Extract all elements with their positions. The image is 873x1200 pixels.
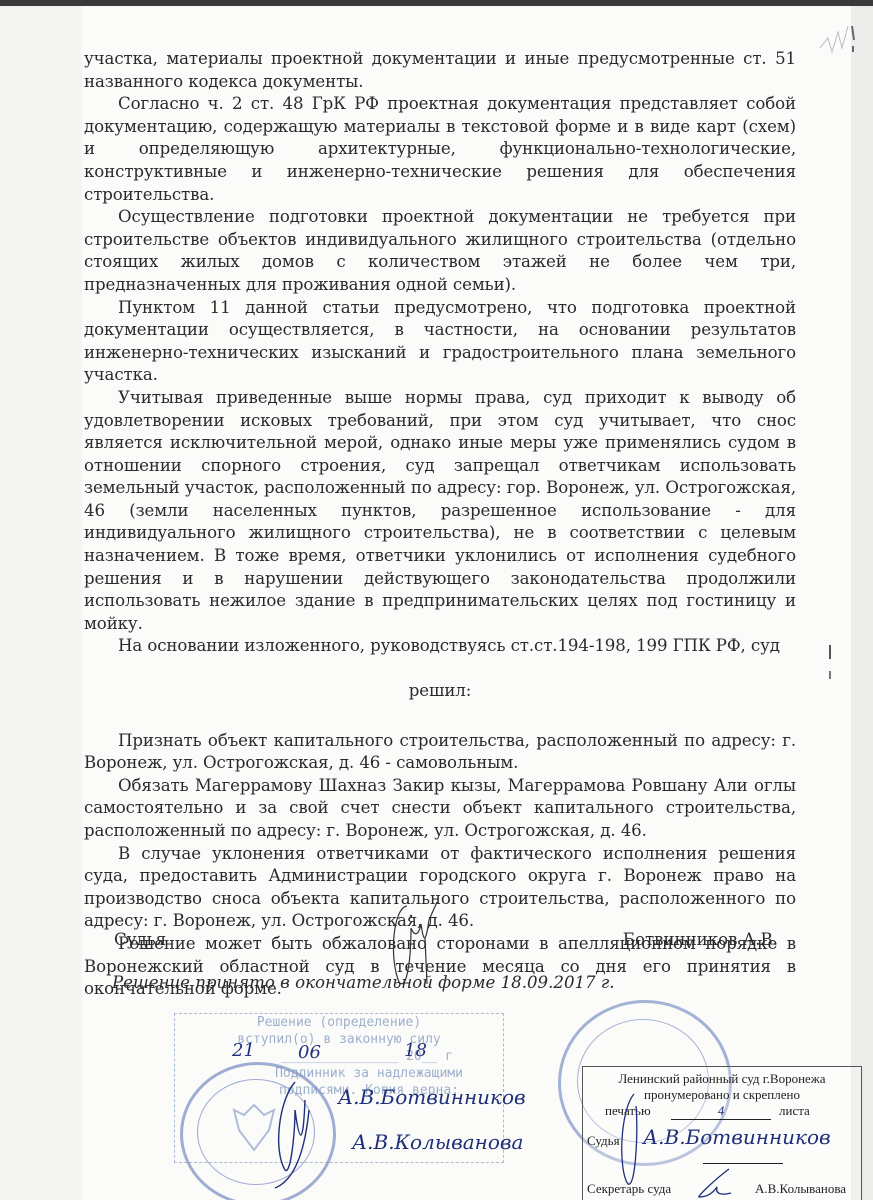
document-body: участка, материалы проектной документаци… xyxy=(84,48,796,1001)
binding-judge-signature: А.В.Ботвинников xyxy=(643,1125,831,1149)
binding-secretary-name: А.В.Колыванова xyxy=(755,1181,846,1197)
ruling-heading: решил: xyxy=(84,680,796,703)
secretary-signature-icon xyxy=(693,1167,733,1200)
binding-sheet-count: 4 xyxy=(671,1103,771,1120)
paragraph: Пунктом 11 данной статьи предусмотрено, … xyxy=(84,297,796,387)
scan-left-margin xyxy=(0,6,82,1200)
paragraph: Осуществление подготовки проектной докум… xyxy=(84,206,796,296)
binding-court-name: Ленинский районный суд г.Воронежа xyxy=(583,1071,861,1087)
scan-right-margin xyxy=(851,6,873,1200)
handwritten-sign-judge: А.В.Ботвинников xyxy=(338,1085,526,1109)
signature-row: Судья Ботвинников А.В. xyxy=(114,930,778,954)
stamp-line: Решение (определение) xyxy=(175,1014,503,1031)
seal-signature-icon xyxy=(265,1080,315,1190)
handwritten-month: 06 xyxy=(298,1042,321,1063)
paragraph: На основании изложенного, руководствуясь… xyxy=(84,635,796,658)
paragraph: участка, материалы проектной документаци… xyxy=(84,48,796,93)
page-number-scribble-icon xyxy=(818,18,858,68)
margin-mark-icon xyxy=(826,645,834,685)
stamp-line: вступил(о) в законную силу xyxy=(175,1031,503,1048)
ruling-item: Признать объект капитального строительст… xyxy=(84,730,796,775)
paragraph: Согласно ч. 2 ст. 48 ГрК РФ проектная до… xyxy=(84,93,796,206)
judge-name: Ботвинников А.В. xyxy=(623,930,778,949)
ruling-item: Обязать Магеррамову Шахназ Закир кызы, М… xyxy=(84,775,796,843)
stamp-line: _______________ 20__ г xyxy=(175,1048,503,1065)
final-form-note: Решение принято в окончательной форме 18… xyxy=(112,973,615,992)
judge-label: Судья xyxy=(114,930,166,949)
paragraph: Учитывая приведенные выше нормы права, с… xyxy=(84,387,796,636)
handwritten-sign-secretary: А.В.Колыванова xyxy=(352,1130,523,1154)
handwritten-day: 21 xyxy=(232,1040,255,1061)
binding-overlap-signature-icon xyxy=(612,1090,652,1190)
binding-line3-suffix: листа xyxy=(779,1103,810,1119)
handwritten-year: 18 xyxy=(404,1040,427,1061)
